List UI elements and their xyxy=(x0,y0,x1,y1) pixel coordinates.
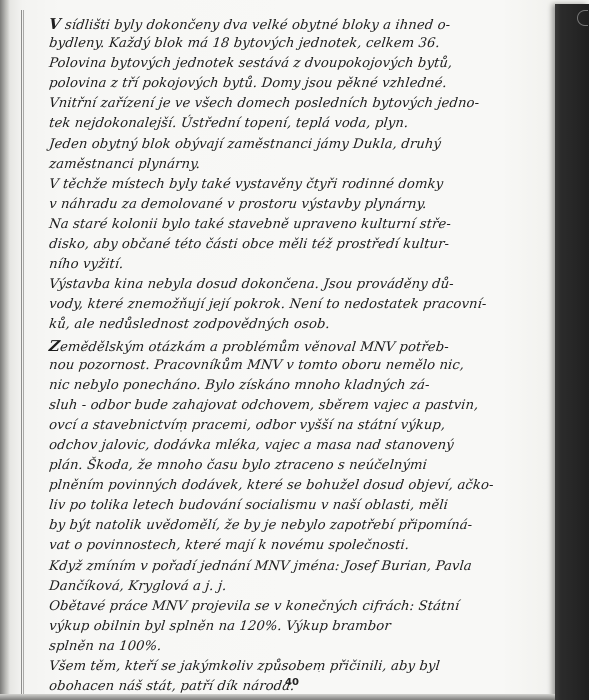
text-line: ků, ale nedůslednost zodpovědných osob. xyxy=(48,315,550,335)
text-line: splněn na 100%. xyxy=(48,637,550,657)
paper-speck xyxy=(180,430,182,432)
text-line: výkup obilnin byl splněn na 120%. Výkup … xyxy=(48,617,550,637)
text-line: v náhradu za demolované v prostoru výsta… xyxy=(48,195,550,215)
page-number: 40 xyxy=(285,677,299,688)
text-line: by být natolik uvědomělí, že by je nebyl… xyxy=(48,516,550,536)
text-line: Dančíková, Kryglová a j. j. xyxy=(48,577,550,597)
text-line: plněním povinných dodávek, které se bohu… xyxy=(48,476,550,496)
text-line: nic nebylo ponecháno. Bylo získáno mnoho… xyxy=(48,376,550,396)
text-line: polovina z tří pokojových bytů. Domy jso… xyxy=(48,74,550,94)
text-line: zaměstnanci plynárny. xyxy=(48,155,550,175)
text-line: Všem těm, kteří se jakýmkoliv způsobem p… xyxy=(48,657,550,677)
text-line: nou pozornost. Pracovníkům MNV v tomto o… xyxy=(48,356,550,376)
text-line: Vnitřní zařízení je ve všech domech posl… xyxy=(48,94,550,114)
text-line: Zemědělským otázkám a problémům věnoval … xyxy=(48,336,550,356)
page-gutter-shadow xyxy=(0,0,10,700)
text-line: ního vyžití. xyxy=(48,255,550,275)
text-line: ovcí a stavebnictvím pracemi, odbor vyšš… xyxy=(48,416,550,436)
text-line: V těchže místech byly také vystavěny čty… xyxy=(48,175,550,195)
text-line: Polovina bytových jednotek sestává z dvo… xyxy=(48,54,550,74)
text-line: odchov jalovic, dodávka mléka, vajec a m… xyxy=(48,436,550,456)
text-line: V sídlišti byly dokončeny dva velké obyt… xyxy=(48,14,550,34)
text-line: Výstavba kina nebyla dosud dokončena. Js… xyxy=(48,275,550,295)
margin-rule xyxy=(21,10,24,696)
text-line: bydleny. Každý blok má 18 bytových jedno… xyxy=(48,34,550,54)
text-line: liv po tolika letech budování socialismu… xyxy=(48,496,550,516)
text-line: plán. Škoda, že mnoho času bylo ztraceno… xyxy=(48,456,550,476)
page-bottom-edge xyxy=(0,694,555,700)
handwritten-text: V sídlišti byly dokončeny dva velké obyt… xyxy=(48,14,548,697)
text-line: Na staré kolonii bylo také stavebně upra… xyxy=(48,215,550,235)
text-line: tek nejdokonalejší. Ústřední topení, tep… xyxy=(48,114,550,134)
text-line: disko, aby občané této části obce měli t… xyxy=(48,235,550,255)
text-line: Obětavé práce MNV projevila se v konečný… xyxy=(48,597,550,617)
book-binding-edge xyxy=(555,4,589,700)
text-line: Když zmíním v pořadí jednání MNV jména: … xyxy=(48,557,550,577)
paper-speck xyxy=(318,671,320,672)
text-line: vat o povinnostech, které mají k novému … xyxy=(48,536,550,556)
text-line: vody, které znemožňují její pokrok. Není… xyxy=(48,295,550,315)
binding-ring-mark xyxy=(577,10,588,26)
text-line: Jeden obytný blok obývají zaměstnanci já… xyxy=(48,135,550,155)
text-line: sluh - odbor bude zahajovat odchovem, sb… xyxy=(48,396,550,416)
paper-speck xyxy=(232,664,234,666)
